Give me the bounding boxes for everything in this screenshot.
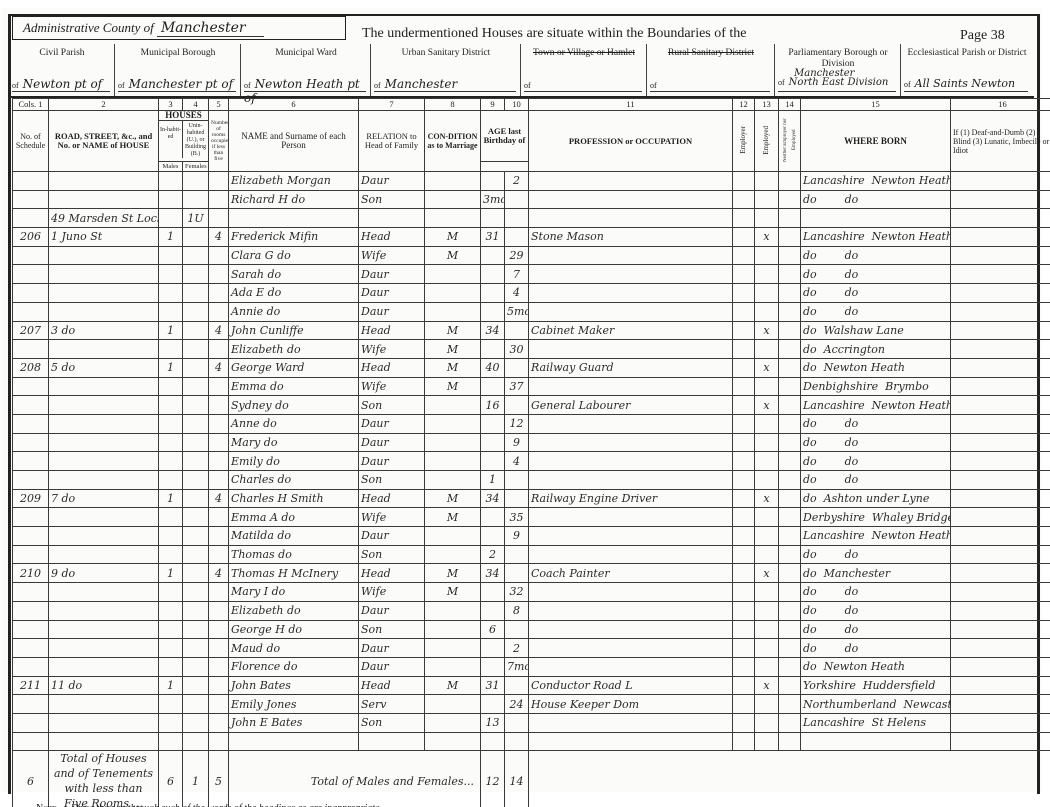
employer-cell	[733, 433, 755, 452]
table-row: Elizabeth doDaur8do do	[13, 601, 1050, 620]
condition-cell: M	[425, 246, 481, 265]
employed-cell	[755, 190, 779, 209]
inhabited-cell	[159, 302, 183, 321]
employed-cell: x	[755, 321, 779, 340]
name-cell: Emma do	[229, 377, 359, 396]
female-age-cell	[505, 358, 529, 377]
relation-cell: Head	[359, 228, 425, 247]
employer-cell	[733, 508, 755, 527]
female-age-cell: 8	[505, 601, 529, 620]
infirmity-cell	[951, 452, 1050, 471]
name-cell: Charles H Smith	[229, 489, 359, 508]
inhabited-cell	[159, 471, 183, 490]
employer-cell	[733, 190, 755, 209]
where-born-cell: do do	[801, 302, 951, 321]
table-row: Richard H doSon3modo do	[13, 190, 1050, 209]
infirmity-cell	[951, 489, 1050, 508]
infirmity-cell	[951, 284, 1050, 303]
employed-cell	[755, 508, 779, 527]
inhabited-cell: 1	[159, 228, 183, 247]
name-cell: Ada E do	[229, 284, 359, 303]
header-employer: Employer	[733, 111, 755, 172]
schedule-cell: 209	[13, 489, 49, 508]
male-age-cell: 16	[481, 396, 505, 415]
relation-cell: Daur	[359, 284, 425, 303]
employed-cell	[755, 657, 779, 676]
uninhabited-cell	[183, 396, 209, 415]
neither-cell	[779, 358, 801, 377]
neither-cell	[779, 695, 801, 714]
schedule-cell	[13, 246, 49, 265]
where-born-cell: do do	[801, 471, 951, 490]
occupation-cell	[529, 657, 733, 676]
total-males: 12	[481, 751, 505, 807]
where-born-cell: Lancashire Newton Heath	[801, 172, 951, 191]
schedule-cell	[13, 265, 49, 284]
where-born-cell: do do	[801, 414, 951, 433]
infirmity-cell	[951, 377, 1050, 396]
male-age-cell: 40	[481, 358, 505, 377]
schedule-cell: 207	[13, 321, 49, 340]
employed-cell	[755, 209, 779, 228]
female-age-cell: 9	[505, 527, 529, 546]
total-rooms: 5	[209, 751, 229, 807]
table-row: 2097 do14Charles H SmithHeadM34Railway E…	[13, 489, 1050, 508]
where-born-cell: do do	[801, 583, 951, 602]
male-age-cell	[481, 172, 505, 191]
total-uninhabited: 1	[183, 751, 209, 807]
employed-cell	[755, 172, 779, 191]
relation-cell: Daur	[359, 639, 425, 658]
address-cell	[49, 284, 159, 303]
relation-cell: Son	[359, 396, 425, 415]
male-age-cell	[481, 452, 505, 471]
name-cell: Elizabeth do	[229, 601, 359, 620]
name-cell: Emma A do	[229, 508, 359, 527]
occupation-cell	[529, 639, 733, 658]
rooms-cell: 4	[209, 564, 229, 583]
employer-cell	[733, 713, 755, 732]
header-employed: Employed	[755, 111, 779, 172]
rooms-cell	[209, 601, 229, 620]
occupation-cell	[529, 209, 733, 228]
occupation-cell	[529, 713, 733, 732]
table-row: John E BatesSon13Lancashire St Helens	[13, 713, 1050, 732]
table-row: 2061 Juno St14Frederick MifinHeadM31Ston…	[13, 228, 1050, 247]
header-schedule: No. of Schedule	[13, 111, 49, 172]
uninhabited-cell	[183, 583, 209, 602]
female-age-cell: 24	[505, 695, 529, 714]
inhabited-cell	[159, 657, 183, 676]
female-age-cell	[505, 564, 529, 583]
uninhabited-cell	[183, 172, 209, 191]
inhabited-cell: 1	[159, 358, 183, 377]
name-cell: Mary do	[229, 433, 359, 452]
neither-cell	[779, 527, 801, 546]
occupation-cell: General Labourer	[529, 396, 733, 415]
condition-cell: M	[425, 340, 481, 359]
table-row: Emily JonesServ24House Keeper DomNorthum…	[13, 695, 1050, 714]
where-born-cell: do do	[801, 284, 951, 303]
header-age: AGE last Birthday of	[481, 111, 529, 162]
ecclesiastical-value: All Saints Newton	[911, 77, 1015, 90]
address-cell	[49, 433, 159, 452]
occupation-cell	[529, 452, 733, 471]
table-row: Clara G doWifeM29do do	[13, 246, 1050, 265]
relation-cell	[359, 732, 425, 751]
female-age-cell	[505, 396, 529, 415]
rooms-cell	[209, 657, 229, 676]
footer-note: Note.— Draw the pen through such of the …	[36, 803, 382, 807]
condition-cell	[425, 433, 481, 452]
schedule-cell	[13, 377, 49, 396]
schedule-cell	[13, 172, 49, 191]
uninhabited-cell	[183, 340, 209, 359]
inhabited-cell: 1	[159, 676, 183, 695]
admin-county-value: Manchester	[157, 20, 264, 37]
schedule-cell	[13, 508, 49, 527]
schedule-cell	[13, 713, 49, 732]
condition-cell: M	[425, 377, 481, 396]
division-municipal-ward: Municipal Ward ofNewton Heath pt of	[242, 44, 371, 96]
table-row: Emily doDaur4do do	[13, 452, 1050, 471]
occupation-cell	[529, 284, 733, 303]
relation-cell: Daur	[359, 172, 425, 191]
occupation-cell	[529, 246, 733, 265]
where-born-cell: Lancashire Newton Heath	[801, 228, 951, 247]
condition-cell	[425, 209, 481, 228]
employer-cell	[733, 695, 755, 714]
rooms-cell: 4	[209, 489, 229, 508]
rooms-cell	[209, 639, 229, 658]
relation-cell: Daur	[359, 527, 425, 546]
table-row: Ada E doDaur4do do	[13, 284, 1050, 303]
schedule-cell: 208	[13, 358, 49, 377]
neither-cell	[779, 583, 801, 602]
employed-cell	[755, 302, 779, 321]
neither-cell	[779, 620, 801, 639]
address-cell	[49, 713, 159, 732]
uninhabited-cell	[183, 545, 209, 564]
male-age-cell	[481, 639, 505, 658]
female-age-cell	[505, 713, 529, 732]
header-neither: Neither Employer nor Employed	[779, 111, 801, 172]
name-cell	[229, 732, 359, 751]
inhabited-cell: 1	[159, 321, 183, 340]
page-number: Page 38	[960, 28, 1005, 44]
address-cell	[49, 172, 159, 191]
rooms-cell	[209, 452, 229, 471]
employed-cell	[755, 620, 779, 639]
where-born-cell: do do	[801, 639, 951, 658]
infirmity-cell	[951, 172, 1050, 191]
neither-cell	[779, 657, 801, 676]
schedule-cell	[13, 340, 49, 359]
infirmity-cell	[951, 564, 1050, 583]
neither-cell	[779, 302, 801, 321]
female-age-cell: 35	[505, 508, 529, 527]
neither-cell	[779, 713, 801, 732]
rooms-cell	[209, 246, 229, 265]
where-born-cell: do Walshaw Lane	[801, 321, 951, 340]
address-cell: 7 do	[49, 489, 159, 508]
uninhabited-cell	[183, 284, 209, 303]
infirmity-cell	[951, 321, 1050, 340]
infirmity-cell	[951, 639, 1050, 658]
male-age-cell: 31	[481, 676, 505, 695]
inhabited-cell	[159, 601, 183, 620]
municipal-borough-value: Manchester pt of	[125, 77, 233, 91]
infirmity-cell	[951, 265, 1050, 284]
address-cell	[49, 695, 159, 714]
female-age-cell: 2	[505, 172, 529, 191]
employed-cell	[755, 265, 779, 284]
schedule-cell: 211	[13, 676, 49, 695]
occupation-cell	[529, 601, 733, 620]
relation-cell: Head	[359, 676, 425, 695]
neither-cell	[779, 228, 801, 247]
column-header-row: No. of Schedule ROAD, STREET, &c., and N…	[13, 111, 1050, 162]
address-cell	[49, 508, 159, 527]
neither-cell	[779, 601, 801, 620]
address-cell	[49, 452, 159, 471]
condition-cell: M	[425, 489, 481, 508]
male-age-cell: 34	[481, 489, 505, 508]
occupation-cell	[529, 433, 733, 452]
condition-cell	[425, 172, 481, 191]
female-age-cell	[505, 732, 529, 751]
employer-cell	[733, 545, 755, 564]
address-cell: 1 Juno St	[49, 228, 159, 247]
male-age-cell	[481, 209, 505, 228]
male-age-cell	[481, 657, 505, 676]
neither-cell	[779, 190, 801, 209]
name-cell: Matilda do	[229, 527, 359, 546]
inhabited-cell: 1	[159, 564, 183, 583]
division-ecclesiastical: Ecclesiastical Parish or District ofAll …	[902, 44, 1032, 96]
uninhabited-cell	[183, 620, 209, 639]
employer-cell	[733, 620, 755, 639]
female-age-cell	[505, 228, 529, 247]
employed-cell	[755, 583, 779, 602]
neither-cell	[779, 321, 801, 340]
where-born-cell: do do	[801, 433, 951, 452]
name-cell: Anne do	[229, 414, 359, 433]
table-row: Emma doWifeM37Denbighshire Brymbo	[13, 377, 1050, 396]
name-cell: Emily Jones	[229, 695, 359, 714]
total-females: 14	[505, 751, 529, 807]
condition-cell	[425, 302, 481, 321]
relation-cell: Daur	[359, 433, 425, 452]
urban-sanitary-value: Manchester	[381, 77, 458, 91]
inhabited-cell	[159, 713, 183, 732]
total-schedules: 6	[13, 751, 49, 807]
occupation-cell: Stone Mason	[529, 228, 733, 247]
employer-cell	[733, 302, 755, 321]
occupation-cell	[529, 620, 733, 639]
rooms-cell	[209, 172, 229, 191]
female-age-cell: 2	[505, 639, 529, 658]
infirmity-cell	[951, 601, 1050, 620]
employed-cell	[755, 414, 779, 433]
where-born-cell: do Newton Heath	[801, 358, 951, 377]
rooms-cell	[209, 302, 229, 321]
name-cell: Thomas H McInery	[229, 564, 359, 583]
schedule-cell: 206	[13, 228, 49, 247]
rooms-cell	[209, 527, 229, 546]
name-cell: Charles do	[229, 471, 359, 490]
name-cell: Emily do	[229, 452, 359, 471]
table-row: Charles doSon1do do	[13, 471, 1050, 490]
boundaries-heading: The undermentioned Houses are situate wi…	[362, 26, 747, 42]
address-cell	[49, 190, 159, 209]
schedule-cell	[13, 601, 49, 620]
condition-cell: M	[425, 508, 481, 527]
employed-cell	[755, 377, 779, 396]
table-row: Emma A doWifeM35Derbyshire Whaley Bridge	[13, 508, 1050, 527]
inhabited-cell	[159, 246, 183, 265]
relation-cell: Daur	[359, 302, 425, 321]
female-age-cell: 30	[505, 340, 529, 359]
male-age-cell	[481, 433, 505, 452]
header-name: NAME and Surname of each Person	[229, 111, 359, 172]
employer-cell	[733, 639, 755, 658]
header-condition: CON-DITION as to Marriage	[425, 111, 481, 172]
table-row: Matilda doDaur9Lancashire Newton Heath	[13, 527, 1050, 546]
table-row: Thomas doSon2do do	[13, 545, 1050, 564]
name-cell: Richard H do	[229, 190, 359, 209]
female-age-cell: 29	[505, 246, 529, 265]
name-cell: Florence do	[229, 657, 359, 676]
address-cell	[49, 471, 159, 490]
rooms-cell: 4	[209, 321, 229, 340]
schedule-cell: 210	[13, 564, 49, 583]
uninhabited-cell	[183, 190, 209, 209]
male-age-cell	[481, 527, 505, 546]
employed-cell	[755, 695, 779, 714]
totals-row: 6 Total of Houses and of Tenements with …	[13, 751, 1050, 807]
schedule-cell	[13, 452, 49, 471]
infirmity-cell	[951, 358, 1050, 377]
uninhabited-cell	[183, 527, 209, 546]
infirmity-cell	[951, 713, 1050, 732]
uninhabited-cell	[183, 246, 209, 265]
inhabited-cell	[159, 508, 183, 527]
admin-county-label: Administrative County of	[23, 20, 154, 35]
where-born-cell: Lancashire Newton Heath	[801, 396, 951, 415]
employed-cell	[755, 452, 779, 471]
infirmity-cell	[951, 433, 1050, 452]
uninhabited-cell	[183, 471, 209, 490]
employed-cell: x	[755, 358, 779, 377]
uninhabited-cell: 1U	[183, 209, 209, 228]
address-cell	[49, 639, 159, 658]
neither-cell	[779, 676, 801, 695]
schedule-cell	[13, 620, 49, 639]
male-age-cell	[481, 284, 505, 303]
rooms-cell: 4	[209, 228, 229, 247]
uninhabited-cell	[183, 452, 209, 471]
employed-cell	[755, 471, 779, 490]
header-road: ROAD, STREET, &c., and No. or NAME of HO…	[49, 111, 159, 172]
name-cell: Frederick Mifin	[229, 228, 359, 247]
employer-cell	[733, 358, 755, 377]
female-age-cell: 4	[505, 452, 529, 471]
schedule-cell	[13, 583, 49, 602]
division-civil-parish: Civil Parish ofNewton pt of	[10, 44, 115, 96]
neither-cell	[779, 545, 801, 564]
employer-cell	[733, 396, 755, 415]
header-inhabited: In-habit-ed	[159, 121, 183, 158]
division-parliamentary: Parliamentary Borough or Division Manche…	[776, 44, 901, 96]
rooms-cell	[209, 713, 229, 732]
employed-cell	[755, 246, 779, 265]
employed-cell: x	[755, 564, 779, 583]
male-age-cell: 3mo	[481, 190, 505, 209]
where-born-cell: Denbighshire Brymbo	[801, 377, 951, 396]
male-age-cell: 34	[481, 321, 505, 340]
table-row	[13, 732, 1050, 751]
inhabited-cell	[159, 639, 183, 658]
female-age-cell: 7	[505, 265, 529, 284]
rooms-cell	[209, 433, 229, 452]
occupation-cell	[529, 377, 733, 396]
neither-cell	[779, 340, 801, 359]
employer-cell	[733, 583, 755, 602]
male-age-cell: 34	[481, 564, 505, 583]
relation-cell: Head	[359, 358, 425, 377]
neither-cell	[779, 265, 801, 284]
where-born-cell: do do	[801, 190, 951, 209]
infirmity-cell	[951, 414, 1050, 433]
inhabited-cell	[159, 545, 183, 564]
division-rural-sanitary: Rural Sanitary District of	[648, 44, 775, 96]
infirmity-cell	[951, 246, 1050, 265]
schedule-cell	[13, 414, 49, 433]
address-cell	[49, 527, 159, 546]
census-sheet: Administrative County of Manchester The …	[2, 8, 1042, 792]
schedule-cell	[13, 396, 49, 415]
header-relation: RELATION to Head of Family	[359, 111, 425, 172]
condition-cell: M	[425, 583, 481, 602]
condition-cell	[425, 265, 481, 284]
header-infirmity: If (1) Deaf-and-Dumb (2) Blind (3) Lunat…	[951, 111, 1050, 172]
occupation-cell	[529, 508, 733, 527]
female-age-cell	[505, 190, 529, 209]
rooms-cell	[209, 377, 229, 396]
infirmity-cell	[951, 695, 1050, 714]
relation-cell: Son	[359, 190, 425, 209]
column-number-row: Cols. 12345 678910 111213141516	[13, 99, 1050, 111]
rooms-cell	[209, 583, 229, 602]
division-town-village-hamlet: Town or Village or Hamlet of	[522, 44, 647, 96]
occupation-cell	[529, 545, 733, 564]
uninhabited-cell	[183, 639, 209, 658]
address-cell	[49, 377, 159, 396]
employer-cell	[733, 452, 755, 471]
schedule-cell	[13, 433, 49, 452]
schedule-cell	[13, 657, 49, 676]
division-urban-sanitary: Urban Sanitary District ofManchester	[372, 44, 521, 96]
where-born-cell	[801, 732, 951, 751]
address-cell	[49, 732, 159, 751]
totals-blank	[529, 751, 1050, 807]
uninhabited-cell	[183, 321, 209, 340]
employer-cell	[733, 228, 755, 247]
employer-cell	[733, 265, 755, 284]
rooms-cell	[209, 284, 229, 303]
occupation-cell: Cabinet Maker	[529, 321, 733, 340]
